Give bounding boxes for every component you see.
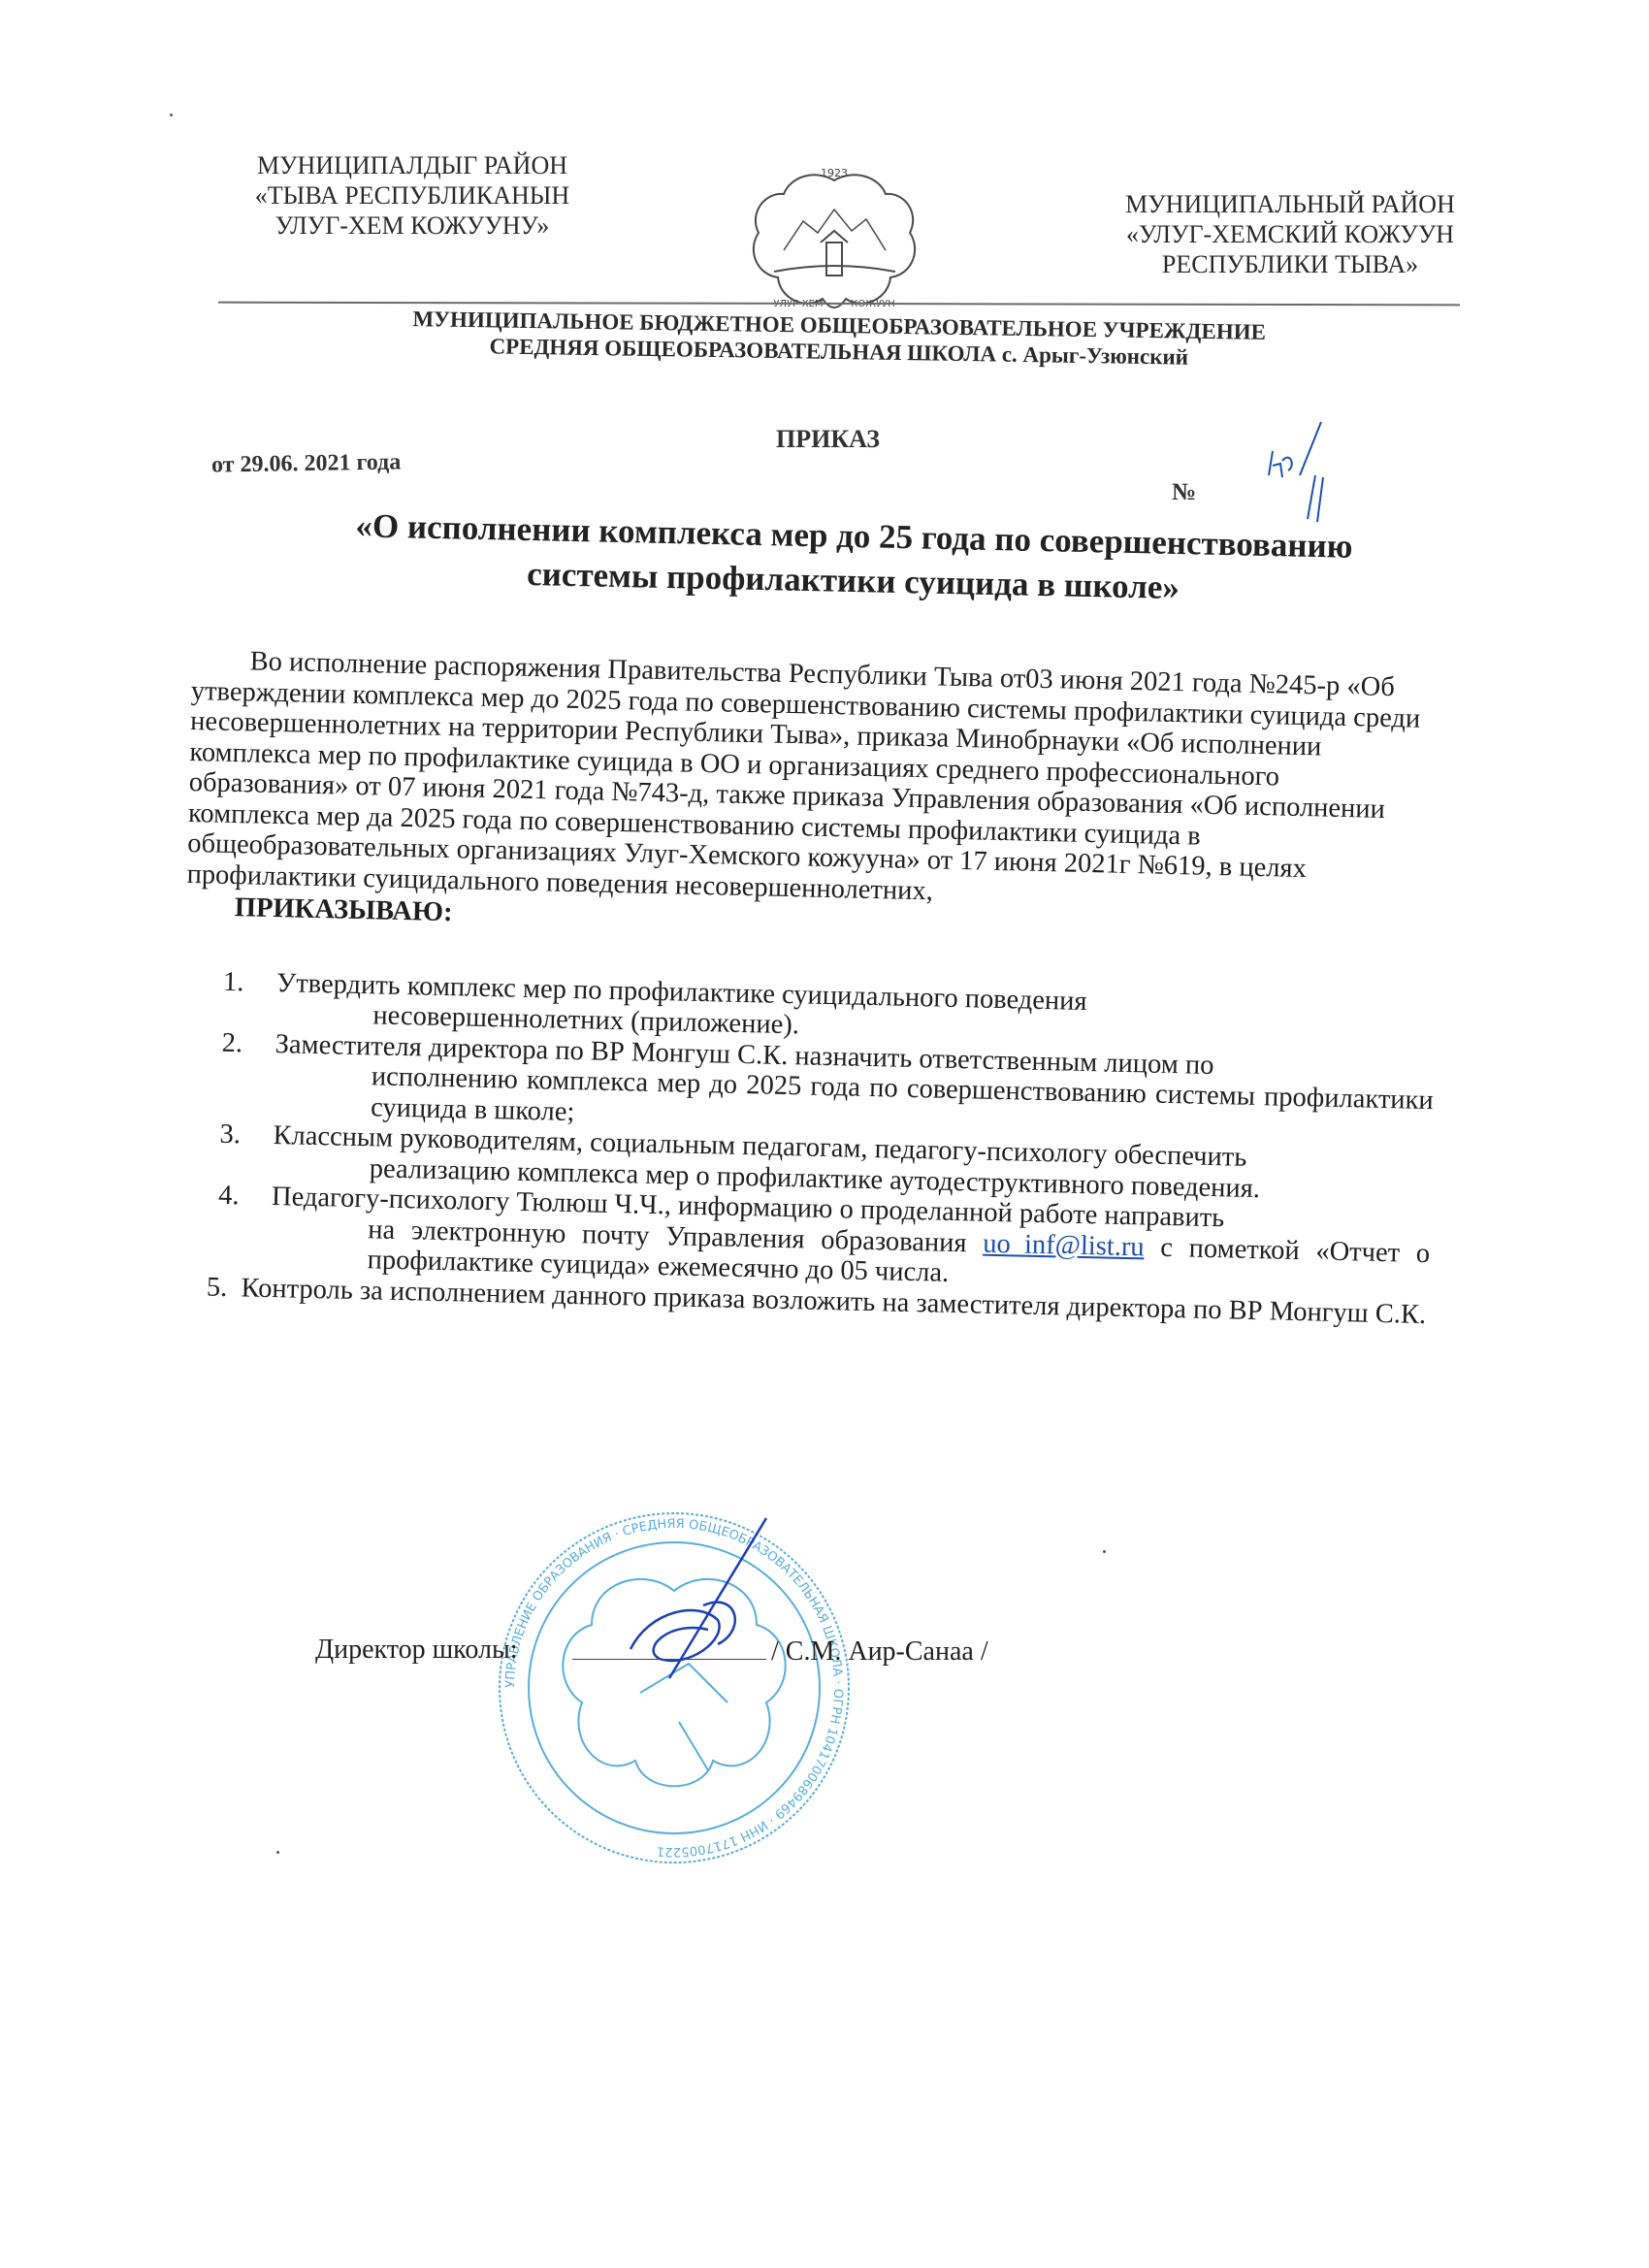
scan-speck [1103, 1550, 1106, 1553]
handwritten-order-number [1261, 417, 1329, 524]
header-right-line: МУНИЦИПАЛЬНЫЙ РАЙОН [1086, 189, 1494, 219]
handwritten-signature-icon [611, 1513, 776, 1688]
item-number: 4. [178, 1180, 272, 1274]
order-date: от 29.06. 2021 года [211, 449, 402, 478]
order-items-list: 1. Утвердить комплекс мер по профилактик… [178, 965, 1437, 1330]
item-number: 2. [181, 1026, 275, 1120]
school-name: МУНИЦИПАЛЬНОЕ БЮДЖЕТНОЕ ОБЩЕОБРАЗОВАТЕЛЬ… [291, 304, 1388, 373]
item-number: 5. [207, 1272, 228, 1302]
header-left-line: МУНИЦИПАЛДЫГ РАЙОН [209, 150, 616, 180]
item-number: 1. [183, 965, 276, 1028]
header-left-district-tuvan: МУНИЦИПАЛДЫГ РАЙОН «ТЫВА РЕСПУБЛИКАНЫН У… [209, 150, 616, 241]
preamble-paragraph: Во исполнение распоряжения Правительства… [186, 645, 1442, 918]
director-name: / С.М. Аир-Санаа / [771, 1636, 988, 1668]
order-number-label: № [1172, 479, 1196, 506]
district-emblem-icon: 1923 УЛУГ-ХЕМ КОЖУУН [745, 163, 924, 318]
header-right-district-russian: МУНИЦИПАЛЬНЫЙ РАЙОН «УЛУГ-ХЕМСКИЙ КОЖУУН… [1086, 189, 1494, 279]
email-link[interactable]: uo_inf@list.ru [983, 1228, 1145, 1262]
header-right-line: РЕСПУБЛИКИ ТЫВА» [1086, 249, 1494, 279]
document-type: ПРИКАЗ [776, 425, 880, 454]
item-number: 3. [179, 1118, 273, 1182]
header-left-line: «ТЫВА РЕСПУБЛИКАНЫН [209, 180, 616, 211]
signature-label: Директор школы: [315, 1635, 518, 1666]
order-body: Во исполнение распоряжения Правительства… [178, 645, 1443, 1330]
scan-speck [276, 1851, 279, 1854]
emblem-year: 1923 [821, 167, 848, 179]
scan-speck [170, 113, 173, 116]
header-left-line: УЛУГ-ХЕМ КОЖУУНУ» [209, 211, 616, 241]
header-right-line: «УЛУГ-ХЕМСКИЙ КОЖУУН [1086, 219, 1494, 249]
